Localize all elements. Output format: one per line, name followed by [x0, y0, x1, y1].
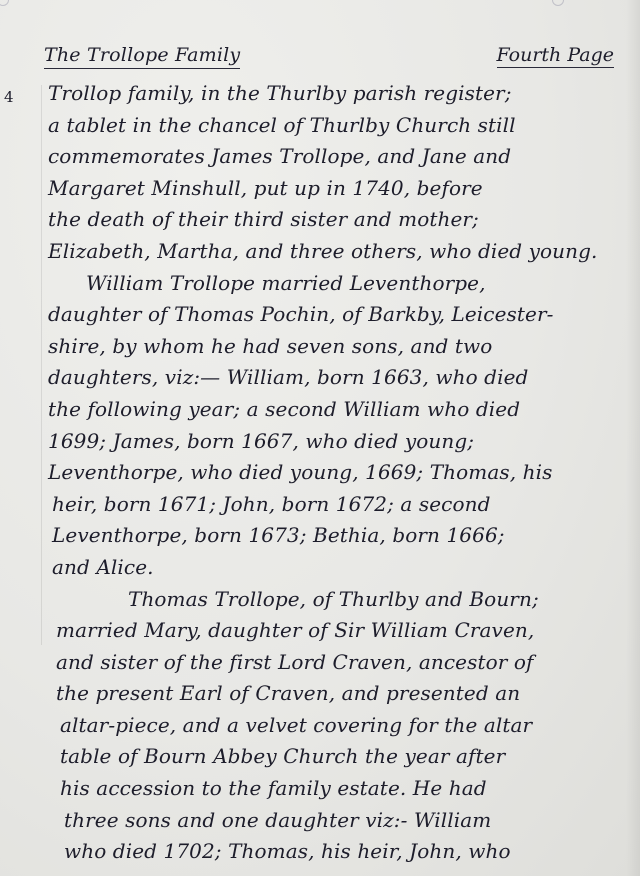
page-header: The Trollope Family Fourth Page [44, 44, 614, 74]
text-line: his accession to the family estate. He h… [48, 773, 628, 805]
text-line: heir, born 1671; John, born 1672; a seco… [48, 489, 628, 521]
text-line: who died 1702; Thomas, his heir, John, w… [48, 836, 628, 868]
text-line: a tablet in the chancel of Thurlby Churc… [48, 110, 628, 142]
text-line: Margaret Minshull, put up in 1740, befor… [48, 173, 628, 205]
text-line: altar-piece, and a velvet covering for t… [48, 710, 628, 742]
text-line: the present Earl of Craven, and presente… [48, 678, 628, 710]
text-line: 1699; James, born 1667, who died young; [48, 426, 628, 458]
text-line: daughter of Thomas Pochin, of Barkby, Le… [48, 299, 628, 331]
binder-hole [552, 0, 564, 6]
text-line: and sister of the first Lord Craven, anc… [48, 647, 628, 679]
text-line: Elizabeth, Martha, and three others, who… [48, 236, 628, 268]
text-line: Leventhorpe, born 1673; Bethia, born 166… [48, 520, 628, 552]
text-line: table of Bourn Abbey Church the year aft… [48, 741, 628, 773]
text-line: Trollop family, in the Thurlby parish re… [48, 78, 628, 110]
margin-page-number: 4 [4, 88, 14, 106]
page-label: Fourth Page [497, 44, 614, 68]
text-line: daughters, viz:— William, born 1663, who… [48, 362, 628, 394]
text-line: three sons and one daughter viz:- Willia… [48, 805, 628, 837]
text-line: and Alice. [48, 552, 628, 584]
paragraph-start-line: William Trollope married Leventhorpe, [48, 268, 628, 300]
paragraph-start-line: Thomas Trollope, of Thurlby and Bourn; [48, 584, 628, 616]
text-line: married Mary, daughter of Sir William Cr… [48, 615, 628, 647]
text-line: shire, by whom he had seven sons, and tw… [48, 331, 628, 363]
binder-hole [0, 0, 9, 6]
text-line: the following year; a second William who… [48, 394, 628, 426]
page-title: The Trollope Family [44, 44, 240, 69]
manuscript-body: Trollop family, in the Thurlby parish re… [48, 78, 628, 868]
handwritten-page: The Trollope Family Fourth Page 4 Trollo… [0, 0, 640, 876]
text-line: the death of their third sister and moth… [48, 204, 628, 236]
text-line: Leventhorpe, who died young, 1669; Thoma… [48, 457, 628, 489]
paper-edge-shadow [626, 0, 640, 876]
text-line: commemorates James Trollope, and Jane an… [48, 141, 628, 173]
margin-rule [41, 85, 42, 645]
